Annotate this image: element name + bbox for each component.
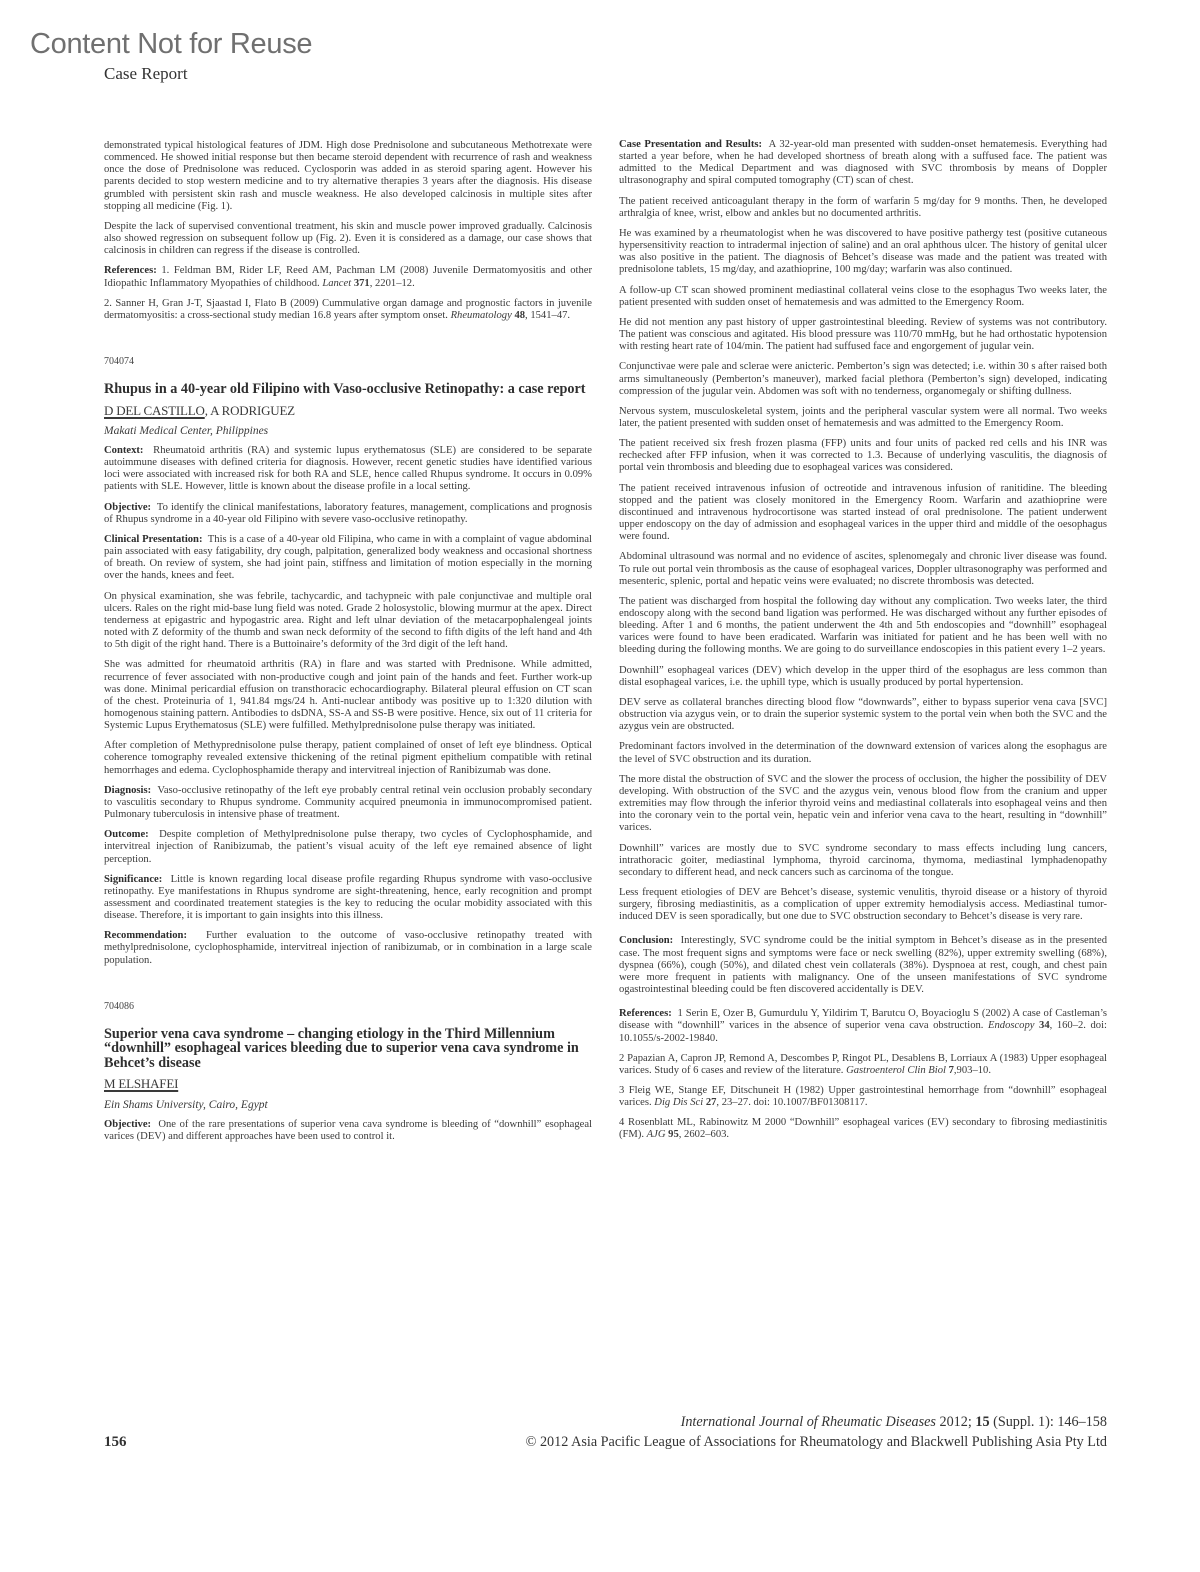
abstract-section: Objective: One of the rare presentations… — [104, 1119, 592, 1143]
paragraph: He did not mention any past history of u… — [619, 317, 1107, 353]
authors: D DEL CASTILLO, A RODRIGUEZ — [104, 405, 592, 417]
paragraph: Abdominal ultrasound was normal and no e… — [619, 551, 1107, 587]
paragraph: He was examined by a rheumatologist when… — [619, 228, 1107, 277]
right-column: Case Presentation and Results: A 32-year… — [619, 139, 1107, 1150]
paragraph: The patient received six fresh frozen pl… — [619, 438, 1107, 474]
paragraph: The patient received anticoagulant thera… — [619, 196, 1107, 220]
reference-item: 2. Sanner H, Gran J-T, Sjaastad I, Flato… — [104, 298, 592, 322]
reference-item: References: 1. Feldman BM, Rider LF, Ree… — [104, 265, 592, 289]
reference-item: References: 1 Serin E, Ozer B, Gumurdulu… — [619, 1008, 1107, 1044]
paragraph: Predominant factors involved in the dete… — [619, 741, 1107, 765]
abstract-section: Diagnosis: Vaso-occlusive retinopathy of… — [104, 785, 592, 821]
abstract-section: Case Presentation and Results: A 32-year… — [619, 139, 1107, 188]
paragraph: Less frequent etiologies of DEV are Behc… — [619, 887, 1107, 923]
reference-item: 4 Rosenblatt ML, Rabinowitz M 2000 “Down… — [619, 1117, 1107, 1141]
paragraph: The patient was discharged from hospital… — [619, 596, 1107, 657]
watermark: Content Not for Reuse — [30, 28, 312, 61]
page-number: 156 — [104, 1434, 127, 1451]
reference-item: 2 Papazian A, Capron JP, Remond A, Desco… — [619, 1053, 1107, 1077]
abstract-title: Rhupus in a 40-year old Filipino with Va… — [104, 382, 592, 397]
paragraph: She was admitted for rheumatoid arthriti… — [104, 659, 592, 732]
journal-citation: International Journal of Rheumatic Disea… — [681, 1414, 1107, 1431]
paragraph: On physical examination, she was febrile… — [104, 591, 592, 652]
paragraph: Conjunctivae were pale and sclerae were … — [619, 361, 1107, 397]
paragraph: A follow-up CT scan showed prominent med… — [619, 285, 1107, 309]
presenting-author: D DEL CASTILLO — [104, 403, 205, 418]
abstract-section: Conclusion: Interestingly, SVC syndrome … — [619, 935, 1107, 996]
paragraph: DEV serve as collateral branches directi… — [619, 697, 1107, 733]
paragraph: demonstrated typical histological featur… — [104, 140, 592, 213]
paragraph: The patient received intravenous infusio… — [619, 483, 1107, 544]
copyright-notice: © 2012 Asia Pacific League of Associatio… — [526, 1434, 1107, 1451]
abstract-id: 704086 — [104, 1001, 592, 1013]
running-head: Case Report — [104, 64, 188, 84]
presenting-author: M ELSHAFEI — [104, 1076, 178, 1091]
abstract-section: Significance: Little is known regarding … — [104, 874, 592, 923]
paragraph: The more distal the obstruction of SVC a… — [619, 774, 1107, 835]
left-column: demonstrated typical histological featur… — [104, 140, 592, 1151]
abstract-section: Objective: To identify the clinical mani… — [104, 502, 592, 526]
affiliation: Makati Medical Center, Philippines — [104, 425, 592, 437]
authors: M ELSHAFEI — [104, 1078, 592, 1090]
paragraph: Downhill” esophageal varices (DEV) which… — [619, 665, 1107, 689]
references-label: References: — [619, 1008, 672, 1019]
reference-item: 3 Fleig WE, Stange EF, Ditschuneit H (19… — [619, 1085, 1107, 1109]
paragraph: After completion of Methyprednisolone pu… — [104, 740, 592, 776]
abstract-id: 704074 — [104, 356, 592, 368]
abstract-section: Recommendation: Further evaluation to th… — [104, 930, 592, 966]
abstract-section: Context: Rheumatoid arthritis (RA) and s… — [104, 445, 592, 494]
affiliation: Ein Shams University, Cairo, Egypt — [104, 1099, 592, 1111]
paragraph: Downhill” varices are mostly due to SVC … — [619, 843, 1107, 879]
paragraph: Nervous system, musculoskeletal system, … — [619, 406, 1107, 430]
abstract-section: Clinical Presentation: This is a case of… — [104, 534, 592, 583]
paragraph: Despite the lack of supervised conventio… — [104, 221, 592, 257]
abstract-title: Superior vena cava syndrome – changing e… — [104, 1027, 592, 1071]
abstract-section: Outcome: Despite completion of Methylpre… — [104, 829, 592, 865]
references-label: References: — [104, 265, 157, 276]
